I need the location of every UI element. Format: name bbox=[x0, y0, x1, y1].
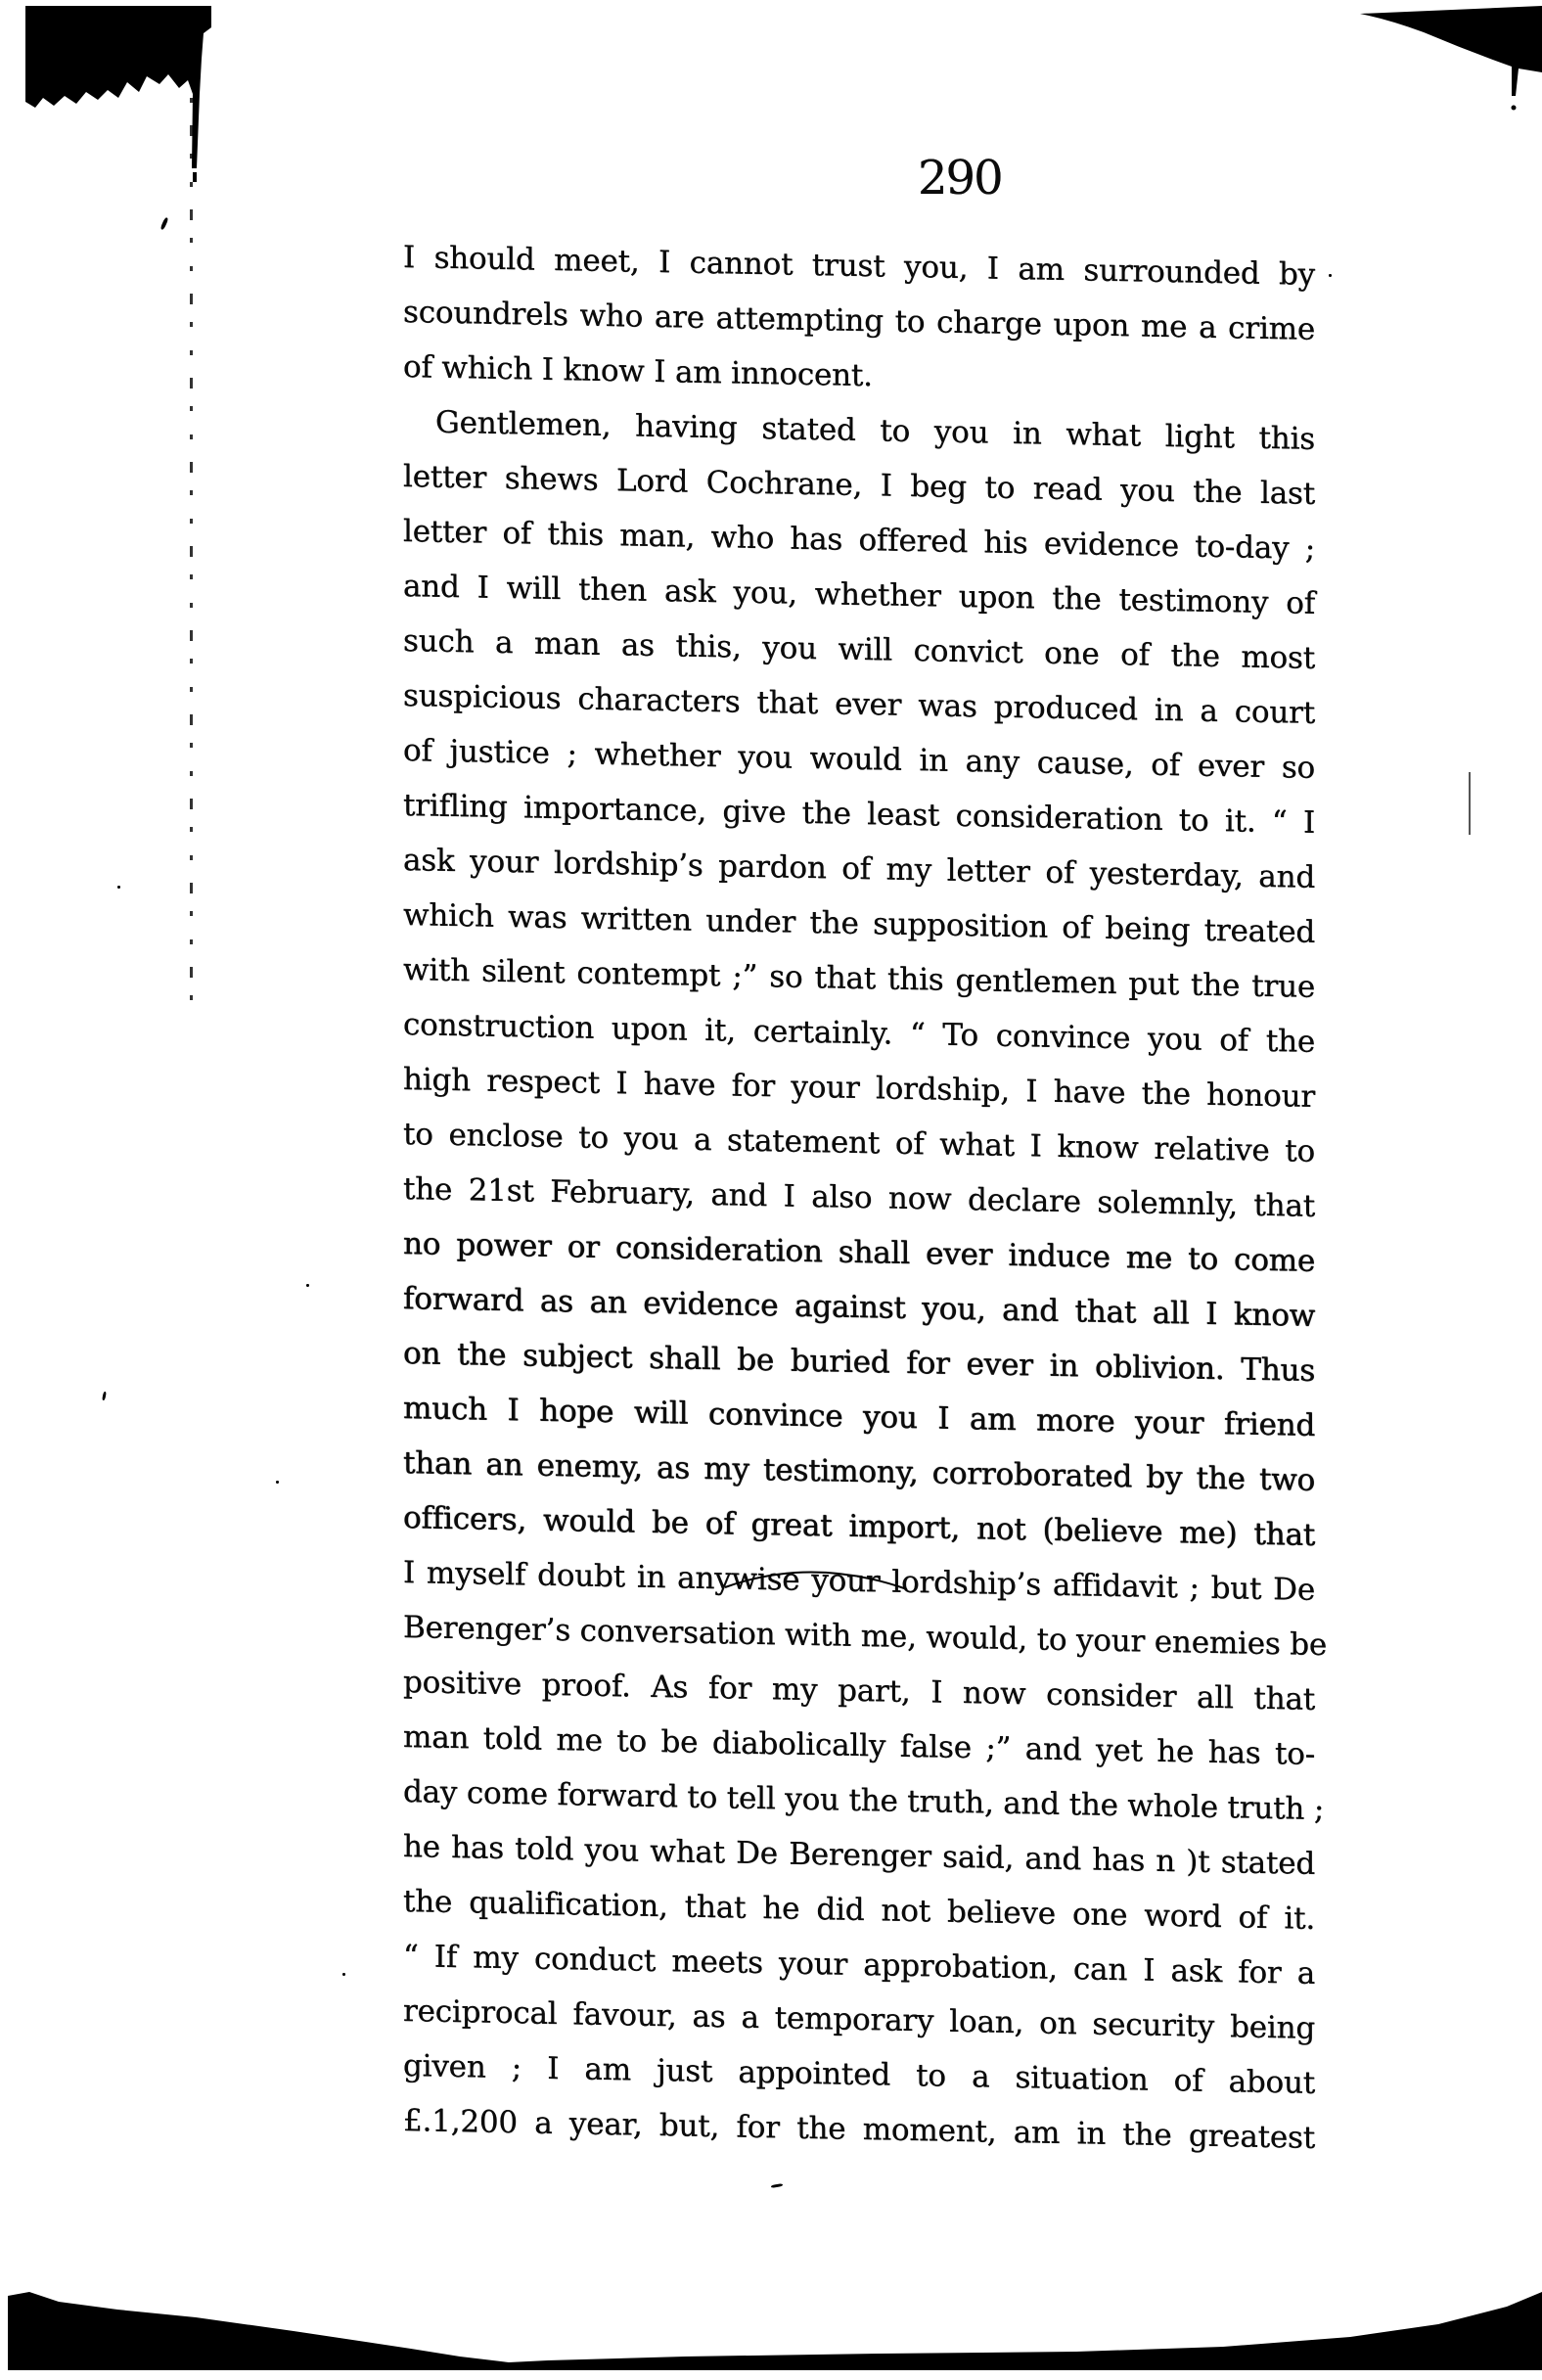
scan-speck bbox=[117, 886, 120, 889]
scan-speck bbox=[102, 1392, 107, 1400]
scan-speck bbox=[276, 1481, 279, 1484]
page-number: 290 bbox=[918, 155, 1002, 202]
scan-speck bbox=[771, 2183, 783, 2188]
scan-right-edge-mark bbox=[1469, 772, 1471, 835]
scan-artifact-top-left bbox=[0, 0, 235, 196]
book-page: 290 I should meet, I cannot trust you, I… bbox=[0, 0, 1542, 2380]
scan-speck bbox=[160, 217, 169, 231]
page-edge-dashed-line bbox=[190, 41, 193, 1020]
scan-artifact-bottom bbox=[0, 2280, 1542, 2380]
page-text-block: I should meet, I cannot trust you, I am … bbox=[403, 230, 1315, 2166]
scan-artifact-top-right bbox=[1350, 0, 1542, 137]
scan-speck bbox=[342, 1973, 345, 1976]
scan-speck bbox=[1329, 274, 1332, 277]
scan-speck bbox=[306, 1284, 309, 1287]
